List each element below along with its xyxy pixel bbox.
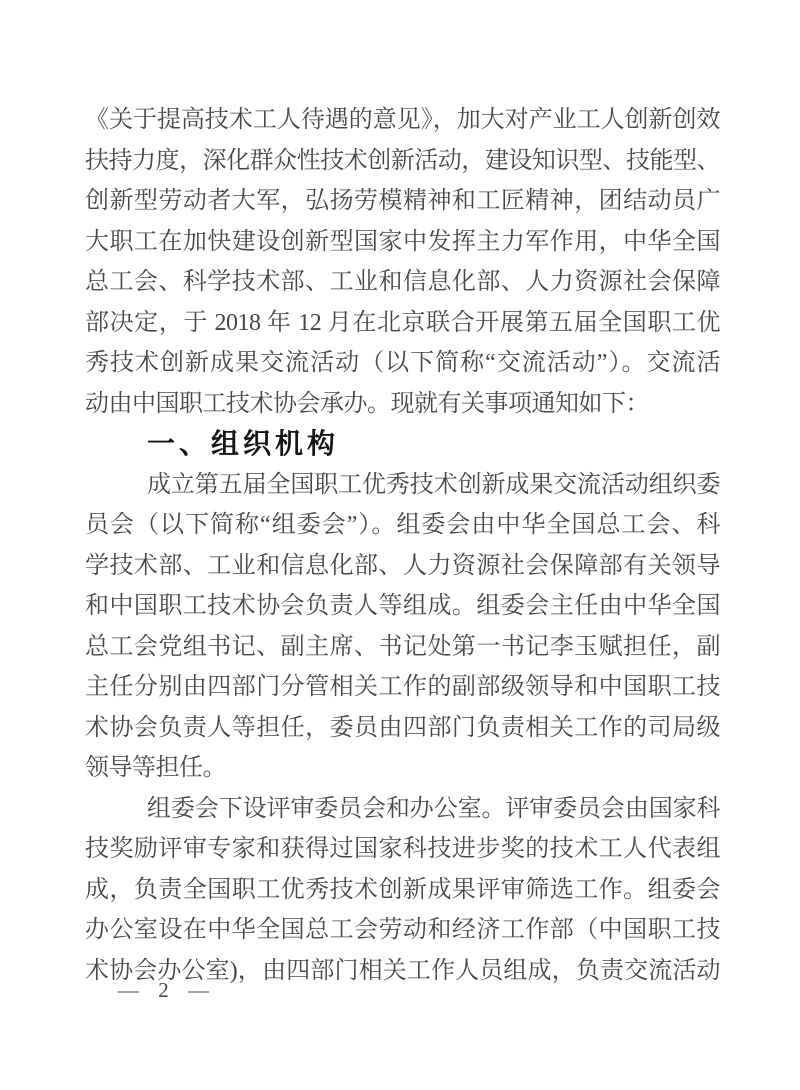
text-line: 和中国职工技术协会负责人等组成。组委会主任由中华全国 [85, 586, 720, 627]
document-text-block: 《关于提高技术工人待遇的意见》，加大对产业工人创新创效 扶持力度，深化群众性技术… [85, 100, 720, 991]
text-line: 秀技术创新成果交流活动（以下简称“交流活动”）。交流活 [85, 343, 720, 384]
section-heading: 一、组织机构 [85, 424, 720, 465]
text-line: 《关于提高技术工人待遇的意见》，加大对产业工人创新创效 [85, 100, 720, 141]
text-line: 员会（以下简称“组委会”）。组委会由中华全国总工会、科 [85, 505, 720, 546]
text-line: 办公室设在中华全国总工会劳动和经济工作部（中国职工技 [85, 910, 720, 951]
text-line: 术协会负责人等担任，委员由四部门负责相关工作的司局级 [85, 708, 720, 749]
page-number: — 2 — [118, 978, 216, 1003]
text-line: 领导等担任。 [85, 748, 720, 789]
text-line: 总工会党组书记、副主席、书记处第一书记李玉赋担任，副 [85, 627, 720, 668]
text-line: 学技术部、工业和信息化部、人力资源社会保障部有关领导 [85, 546, 720, 587]
document-page: 《关于提高技术工人待遇的意见》，加大对产业工人创新创效 扶持力度，深化群众性技术… [0, 0, 800, 1090]
text-line: 成立第五届全国职工优秀技术创新成果交流活动组织委 [85, 465, 720, 506]
text-line: 主任分别由四部门分管相关工作的副部级领导和中国职工技 [85, 667, 720, 708]
text-line: 技奖励评审专家和获得过国家科技进步奖的技术工人代表组 [85, 829, 720, 870]
text-line: 组委会下设评审委员会和办公室。评审委员会由国家科 [85, 789, 720, 830]
text-line: 动由中国职工技术协会承办。现就有关事项通知如下： [85, 384, 720, 425]
text-line: 总工会、科学技术部、工业和信息化部、人力资源社会保障 [85, 262, 720, 303]
text-line: 创新型劳动者大军，弘扬劳模精神和工匠精神，团结动员广 [85, 181, 720, 222]
text-line: 部决定，于 2018 年 12 月在北京联合开展第五届全国职工优 [85, 303, 720, 344]
text-line: 成，负责全国职工优秀技术创新成果评审筛选工作。组委会 [85, 870, 720, 911]
text-line: 扶持力度，深化群众性技术创新活动，建设知识型、技能型、 [85, 141, 720, 182]
text-line: 大职工在加快建设创新型国家中发挥主力军作用，中华全国 [85, 222, 720, 263]
